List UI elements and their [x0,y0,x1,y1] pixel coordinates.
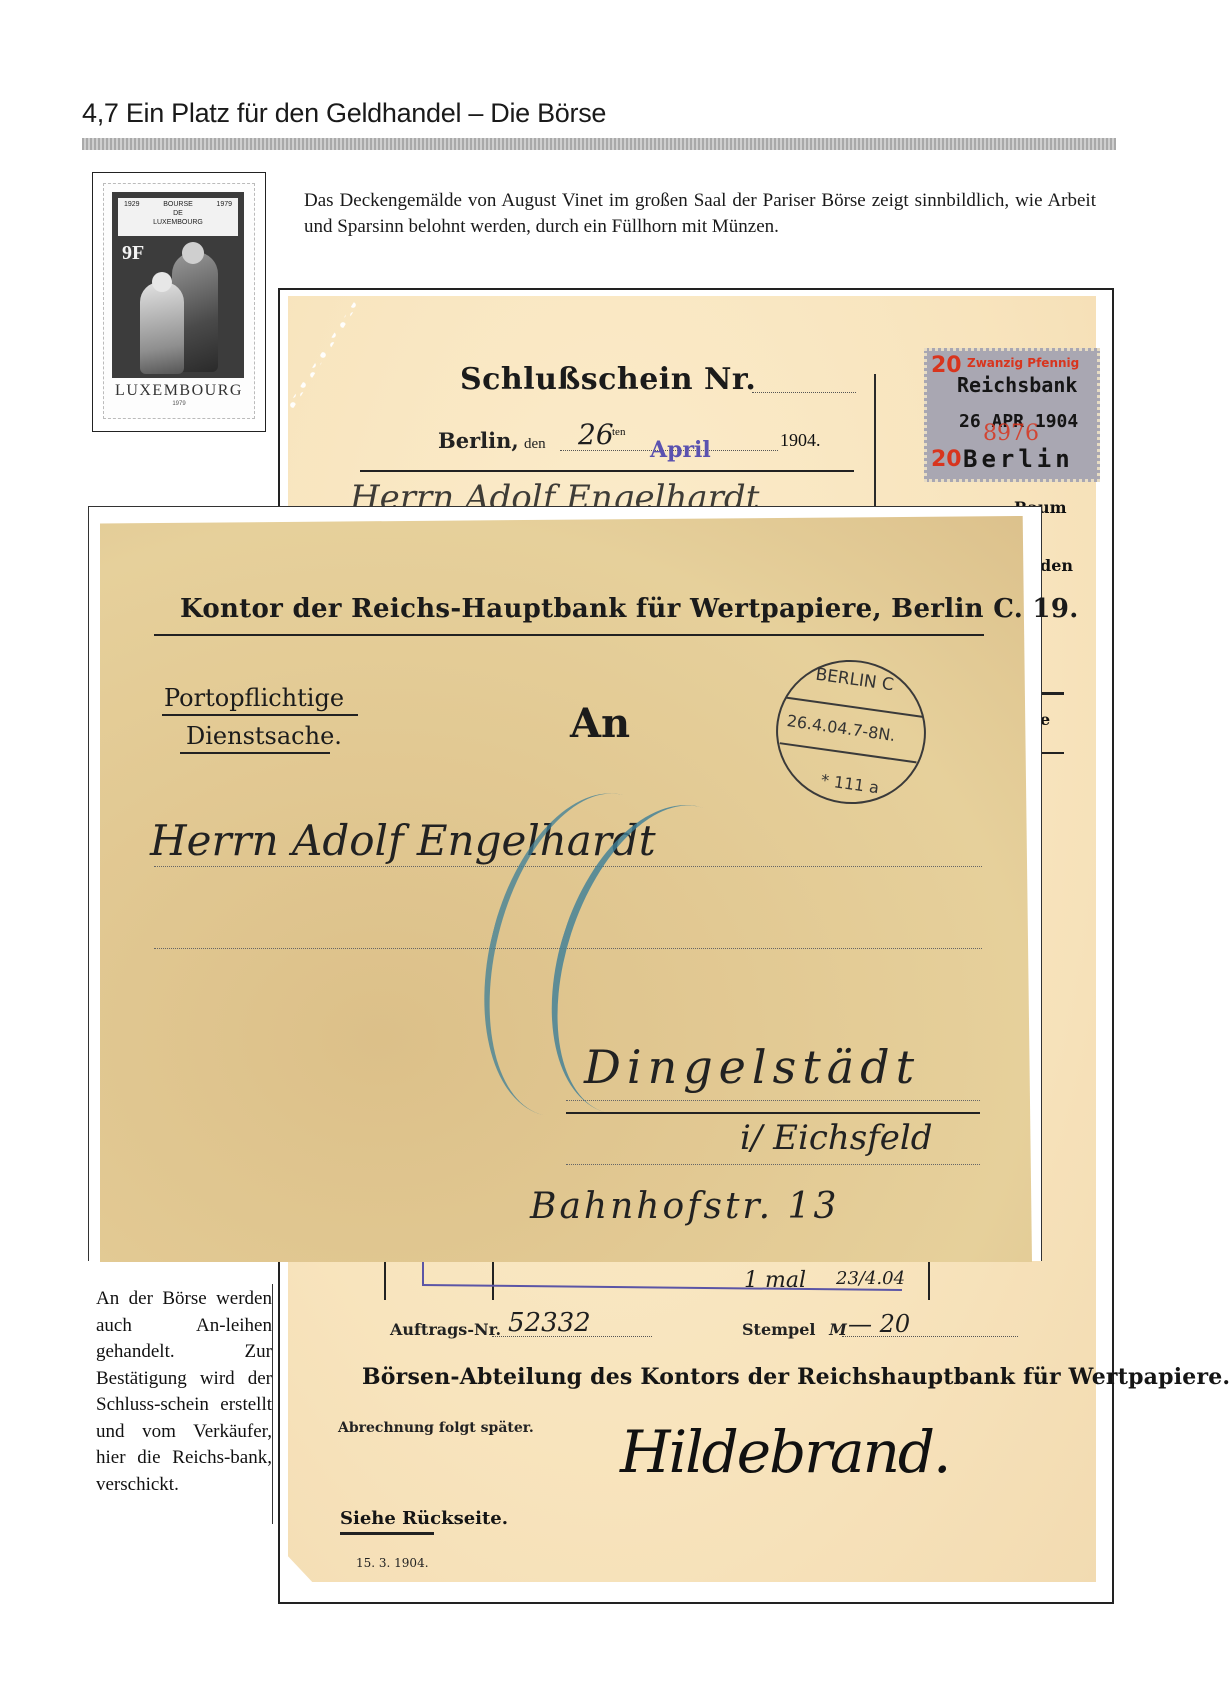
stamp-country: LUXEMBOURG [104,382,254,400]
address-line-4 [566,1164,980,1165]
envelope-an-label: An [570,700,630,747]
luxembourg-stamp: 1929 BOURSE 1979 DE LUXEMBOURG 9F LUXEMB… [103,183,255,419]
envelope-label-2: Dienstsache. [186,722,342,750]
revenue-control-number: 8976 [983,421,1039,446]
stamp-frieze: 1929 BOURSE 1979 DE LUXEMBOURG [118,198,238,236]
title-underline-bar [82,138,1116,150]
day-handwritten: 26 [578,418,614,451]
revenue-text: Zwanzig Pfennig [967,356,1079,370]
note-date-handwritten: 23/4.04 [836,1268,905,1289]
day-suffix: ten [612,426,625,438]
schlussschein-title: Schlußschein Nr. [460,362,756,397]
envelope-town: Dingelstädt [584,1040,920,1094]
stamp-inscription-3: LUXEMBOURG [118,218,238,227]
place-label: Berlin, [438,428,519,453]
revenue-overprint-city: Berlin [963,445,1074,473]
envelope-label-2-underline [180,752,330,754]
lower-vline-2 [492,1262,494,1300]
revenue-overprint-bank: Reichsbank [957,373,1077,397]
envelope-label-1: Portopflichtige [164,684,344,712]
envelope-label-1-underline [162,714,358,716]
lower-vline-1 [384,1262,386,1300]
schlussschein-rule [360,470,854,472]
postmark-office: * 111 a [820,770,881,797]
stamp-year-left: 1929 [124,200,140,209]
department-line: Börsen-Abteilung des Kontors der Reichsh… [362,1364,1230,1390]
stempel-value: — 20 [848,1310,910,1338]
luxembourg-stamp-frame: 1929 BOURSE 1979 DE LUXEMBOURG 9F LUXEMB… [92,172,266,432]
signature: Hildebrand. [620,1418,949,1486]
form-print-date: 15. 3. 1904. [356,1556,429,1570]
postmark-bar-bottom [780,742,917,763]
reverse-note-underline [340,1532,434,1535]
title-dotted-line [752,392,856,393]
stamp-figure-seated [140,282,184,374]
settlement-note: Abrechnung folgt später. [338,1420,534,1436]
stamp-inscription-2: DE [118,209,238,218]
page-title: 4,7 Ein Platz für den Geldhandel – Die B… [82,98,606,129]
stamp-year-right: 1979 [216,200,232,209]
intro-paragraph: Das Deckengemälde von August Vinet im gr… [304,188,1096,240]
month-stamp: April [650,437,711,463]
stamp-image: 1929 BOURSE 1979 DE LUXEMBOURG 9F [112,192,244,378]
envelope-sender: Kontor der Reichs-Hauptbank für Wertpapi… [180,594,1079,624]
postmark-city: BERLIN C [814,665,895,696]
envelope-street: Bahnhofstr. 13 [530,1186,839,1227]
place-date-line: Berlin, den [438,428,546,454]
envelope-region: i/ Eichsfeld [740,1118,933,1158]
revenue-value-bottom: 20 [931,447,962,472]
reverse-note: Siehe Rückseite. [340,1508,508,1529]
auftrag-label: Auftrags-Nr. [390,1320,501,1339]
stamp-value: 9F [122,242,144,265]
stempel-label-text: Stempel [742,1320,816,1339]
year-printed: 1904. [780,430,821,451]
postmark-date: 26.4.04.7-8N. [786,711,897,745]
schlussschein-vertical-rule [874,374,876,524]
side-label-den: den [1040,556,1073,575]
stamp-head-2 [152,272,172,292]
stamp-inscription-1: BOURSE [163,200,193,209]
revenue-stamp: 20 Zwanzig Pfennig Reichsbank 26 APR 190… [924,348,1100,482]
den-label: den [524,436,546,452]
lower-vline-3 [928,1262,930,1300]
address-line-3 [566,1100,980,1101]
stamp-head-1 [182,242,204,264]
auftrag-value: 52332 [508,1308,591,1338]
stamp-issue-year: 1979 [104,401,254,407]
side-note: An der Börse werden auch An-leihen gehan… [96,1286,272,1498]
address-line-3-solid [566,1112,980,1114]
note-middle-handwritten: 1 mal [744,1268,806,1293]
envelope-sender-rule [154,634,984,636]
stempel-label: Stempel M [742,1320,847,1339]
purple-bracket-vertical [422,1262,424,1284]
